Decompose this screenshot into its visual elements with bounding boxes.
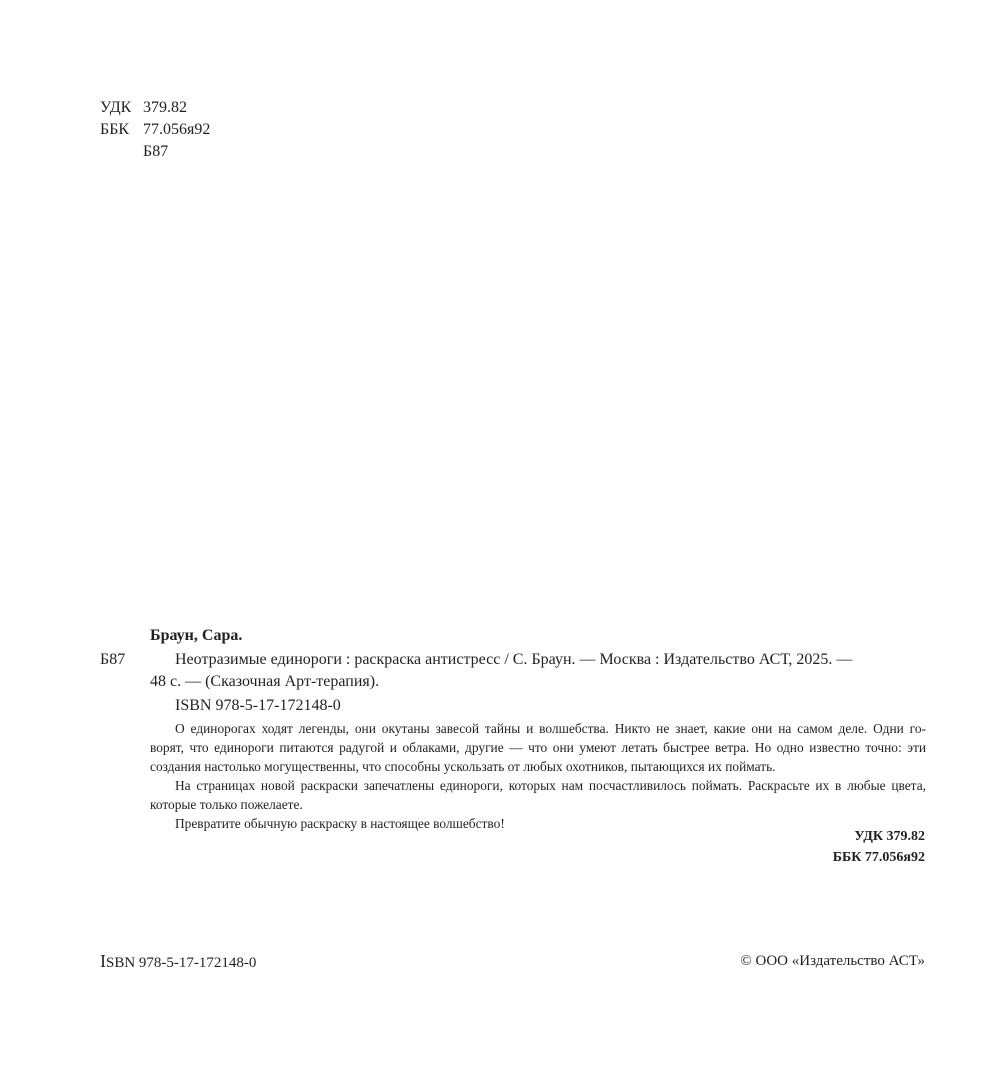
annotation-line: которые только пожелаете. (150, 795, 926, 814)
annotation-line: создания настолько могущественны, что сп… (150, 757, 926, 776)
annotation-line: Превратите обычную раскраску в настоящее… (150, 814, 926, 833)
classification-block-bottom: УДК 379.82 ББК 77.056я92 (833, 826, 925, 868)
annotation-line: На страницах новой раскраски запечатлены… (150, 776, 926, 795)
biblio-line: Неотразимые единороги : раскраска антист… (150, 649, 926, 671)
cutter-mark: Б87 (100, 649, 125, 671)
udk-row: УДК379.82 (100, 97, 210, 119)
bbk-label: ББК (100, 119, 143, 141)
copyright-notice: © ООО «Издательство АСТ» (740, 951, 925, 971)
annotation-line: ворят, что единороги питаются радугой и … (150, 738, 926, 757)
bbk-row: ББК77.056я92 (100, 119, 210, 141)
biblio-line: 48 с. — (Сказочная Арт-терапия). (150, 671, 926, 693)
annotation-paragraph: Превратите обычную раскраску в настоящее… (150, 814, 926, 833)
bbk-value: 77.056я92 (143, 119, 210, 141)
annotation-paragraph: На страницах новой раскраски запечатлены… (150, 776, 926, 814)
udk-label: УДК (100, 97, 143, 119)
classification-block-top: УДК379.82 ББК77.056я92 Б87 (100, 97, 210, 163)
isbn-footer: ISBN 978-5-17-172148-0 (100, 951, 256, 973)
cutter-value: Б87 (143, 143, 168, 160)
annotation-line: О единорогах ходят легенды, они окутаны … (150, 719, 926, 738)
cutter-row: Б87 (100, 141, 210, 163)
udk-bottom: УДК 379.82 (833, 826, 925, 847)
annotation: О единорогах ходят легенды, они окутаны … (150, 719, 926, 833)
isbn-footer-rest: SBN 978-5-17-172148-0 (106, 955, 256, 971)
bbk-bottom: ББК 77.056я92 (833, 847, 925, 868)
udk-value: 379.82 (143, 97, 187, 119)
isbn-catalog: ISBN 978-5-17-172148-0 (175, 695, 341, 717)
annotation-paragraph: О единорогах ходят легенды, они окутаны … (150, 719, 926, 776)
bibliographic-description: Неотразимые единороги : раскраска антист… (150, 649, 926, 693)
author-heading: Браун, Сара. (150, 625, 242, 647)
